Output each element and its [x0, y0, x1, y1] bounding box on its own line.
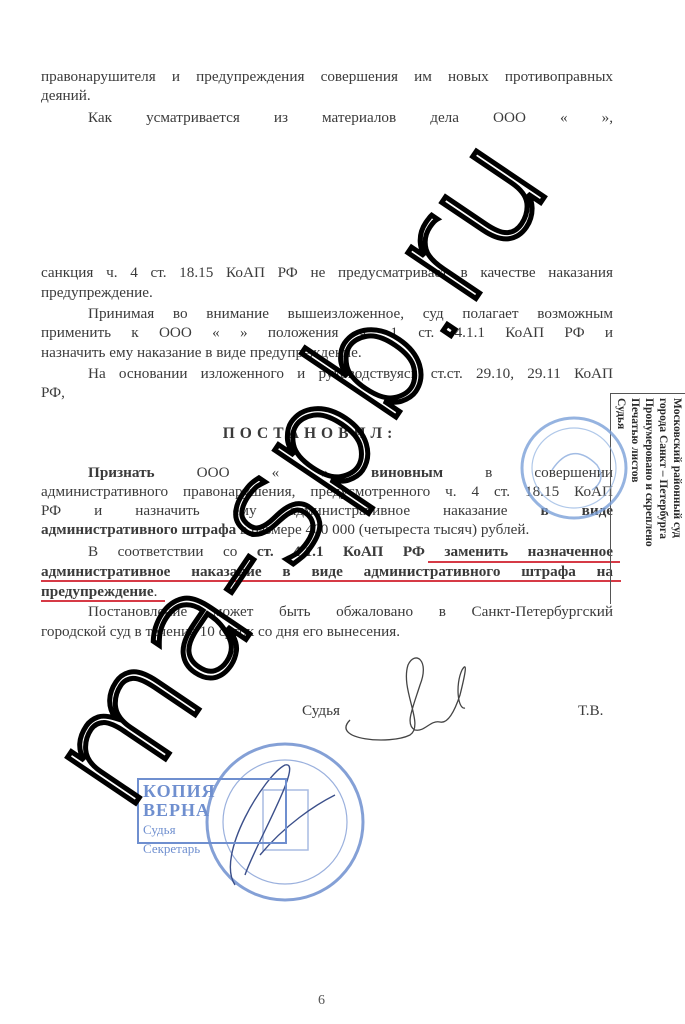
- text-line: предупреждение.: [41, 283, 613, 302]
- text-span: РФ и назначить ему административное нака…: [41, 502, 540, 519]
- stamp-title: КОПИЯ ВЕРНА: [143, 782, 281, 820]
- stamp-judge-label: Судья: [143, 820, 281, 839]
- text-line: городской суд в течение 10 суток со дня …: [41, 622, 613, 641]
- text-line: административное наказание в виде админи…: [41, 562, 613, 581]
- text-span: ООО « »: [155, 464, 371, 481]
- round-seal-icon: [512, 410, 632, 525]
- text-line: деяний.: [41, 86, 613, 105]
- stamp-line: Пронумеровано и скреплено: [642, 398, 656, 595]
- text-line: санкция ч. 4 ст. 18.15 КоАП РФ не предус…: [41, 263, 613, 282]
- stamp-secretary-label: Секретарь: [143, 839, 281, 858]
- text-line: В соответствии со ст. 4.1.1 КоАП РФ заме…: [41, 542, 613, 561]
- highlight-underline: [428, 561, 620, 563]
- page-number: 6: [318, 993, 325, 1009]
- certified-copy-stamp: КОПИЯ ВЕРНА Судья Секретарь: [137, 778, 287, 844]
- text-span: В соответствии со: [88, 543, 257, 560]
- highlight-underline: [41, 580, 621, 582]
- bold-text: административного штрафа: [41, 521, 236, 538]
- text-line: Принимая во внимание вышеизложенное, суд…: [41, 304, 613, 323]
- text-line: назначить ему наказание в виде предупреж…: [41, 343, 613, 362]
- text-line: правонарушителя и предупреждения соверше…: [41, 67, 613, 86]
- bold-text: ст. 4.1.1 КоАП РФ заменить назначенное: [257, 543, 613, 560]
- highlight-underline: [41, 600, 165, 602]
- text-line: предупреждение.: [41, 582, 613, 601]
- text-span: .: [154, 583, 158, 600]
- bold-text: предупреждение: [41, 583, 154, 600]
- text-line: Постановление может быть обжаловано в Са…: [41, 602, 613, 621]
- text-line: Как усматривается из материалов дела ООО…: [41, 108, 613, 127]
- text-line: На основании изложенного и руководствуяс…: [41, 364, 613, 383]
- stamp-line: города Санкт – Петербурга: [656, 398, 670, 595]
- text-span: в размере 400 000 (четыреста тысяч) рубл…: [236, 521, 529, 538]
- bold-text: виновным: [371, 464, 443, 481]
- judge-initials: Т.В.: [578, 702, 603, 720]
- text-line: применить к ООО « » положения ч. 1 ст. 4…: [41, 323, 613, 342]
- stamp-line: Московский районный суд: [670, 398, 684, 595]
- text-line: РФ,: [41, 383, 613, 402]
- bold-text: Признать: [88, 464, 155, 481]
- document-page: правонарушителя и предупреждения соверше…: [0, 0, 685, 1024]
